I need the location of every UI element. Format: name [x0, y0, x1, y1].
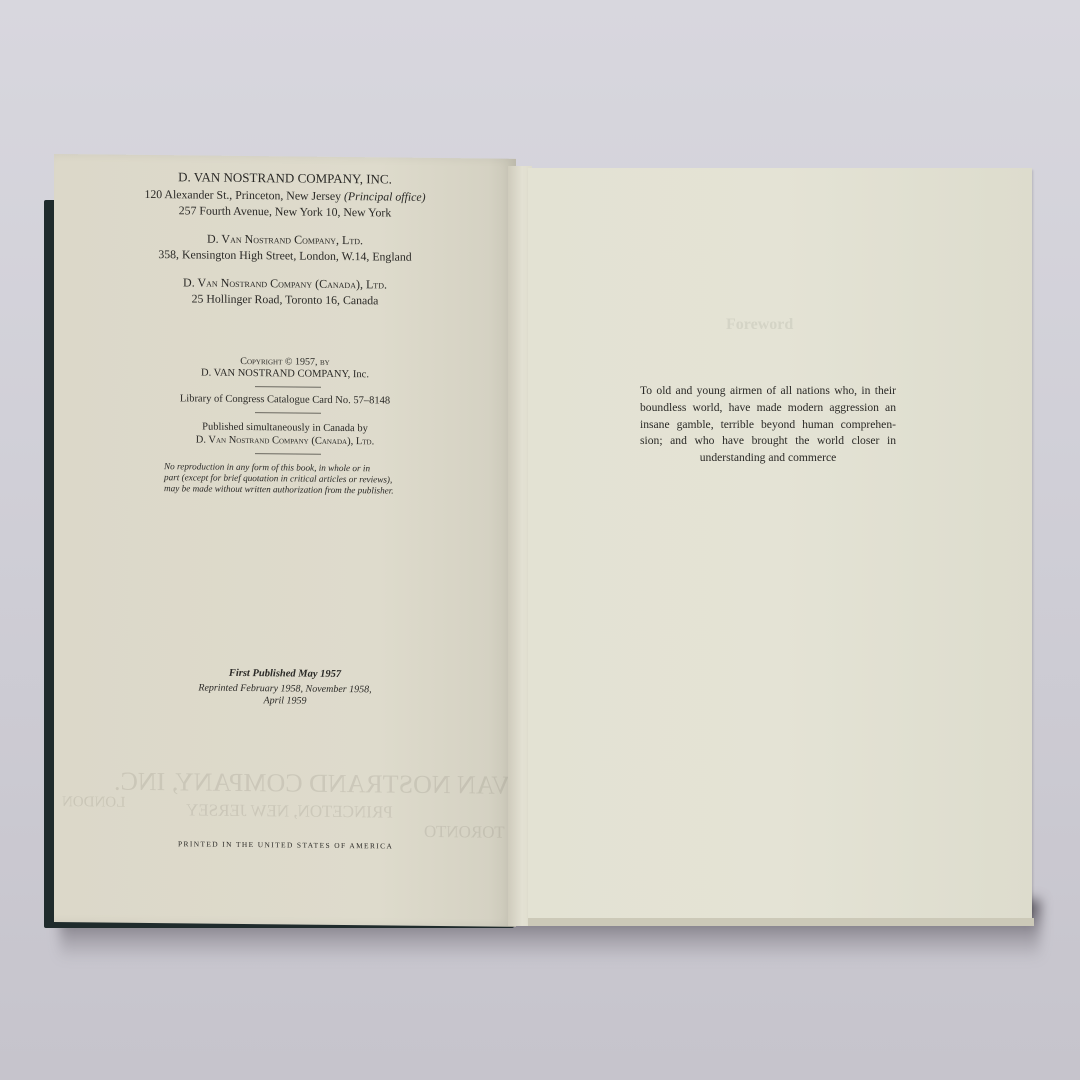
show-through-text: LONDON [62, 794, 125, 812]
show-through-heading: Foreword [726, 316, 793, 334]
dedication-page: Foreword [528, 168, 1032, 922]
dedication-line: To old and young airmen of all nations w… [640, 383, 896, 400]
rights-line-3: may be made without written authorizatio… [164, 483, 446, 496]
page-edge [528, 918, 1034, 926]
address-note: (Principal office) [344, 189, 426, 204]
printed-in-usa: PRINTED IN THE UNITED STATES OF AMERICA [178, 839, 393, 850]
catalogue-number: Library of Congress Catalogue Card No. 5… [54, 392, 516, 408]
dedication-line: boundless world, have made modern aggres… [640, 400, 896, 417]
dedication-line-last: understanding and commerce [640, 450, 896, 467]
show-through-text: TORONTO [424, 822, 505, 843]
copyright-page: D. VAN NOSTRAND COMPANY, INC. PRINCETON,… [54, 154, 516, 927]
divider [255, 453, 321, 455]
first-published: First Published May 1957 [54, 666, 516, 682]
dedication-line: insane gamble, terrible beyond human com… [640, 417, 896, 434]
publisher-name-us: D. VAN NOSTRAND COMPANY, INC. [54, 168, 516, 189]
show-through-text: PRINCETON, NEW JERSEY [186, 800, 393, 822]
dedication-line: sion; and who have brought the world clo… [640, 433, 896, 450]
show-through-text: D. VAN NOSTRAND COMPANY, INC. [114, 767, 541, 801]
divider [255, 386, 321, 388]
canada-publisher: D. Van Nostrand Company (Canada), Ltd. [54, 433, 516, 449]
dedication-text: To old and young airmen of all nations w… [640, 383, 896, 467]
address-text: 120 Alexander St., Princeton, New Jersey [144, 187, 341, 203]
divider [255, 412, 321, 414]
